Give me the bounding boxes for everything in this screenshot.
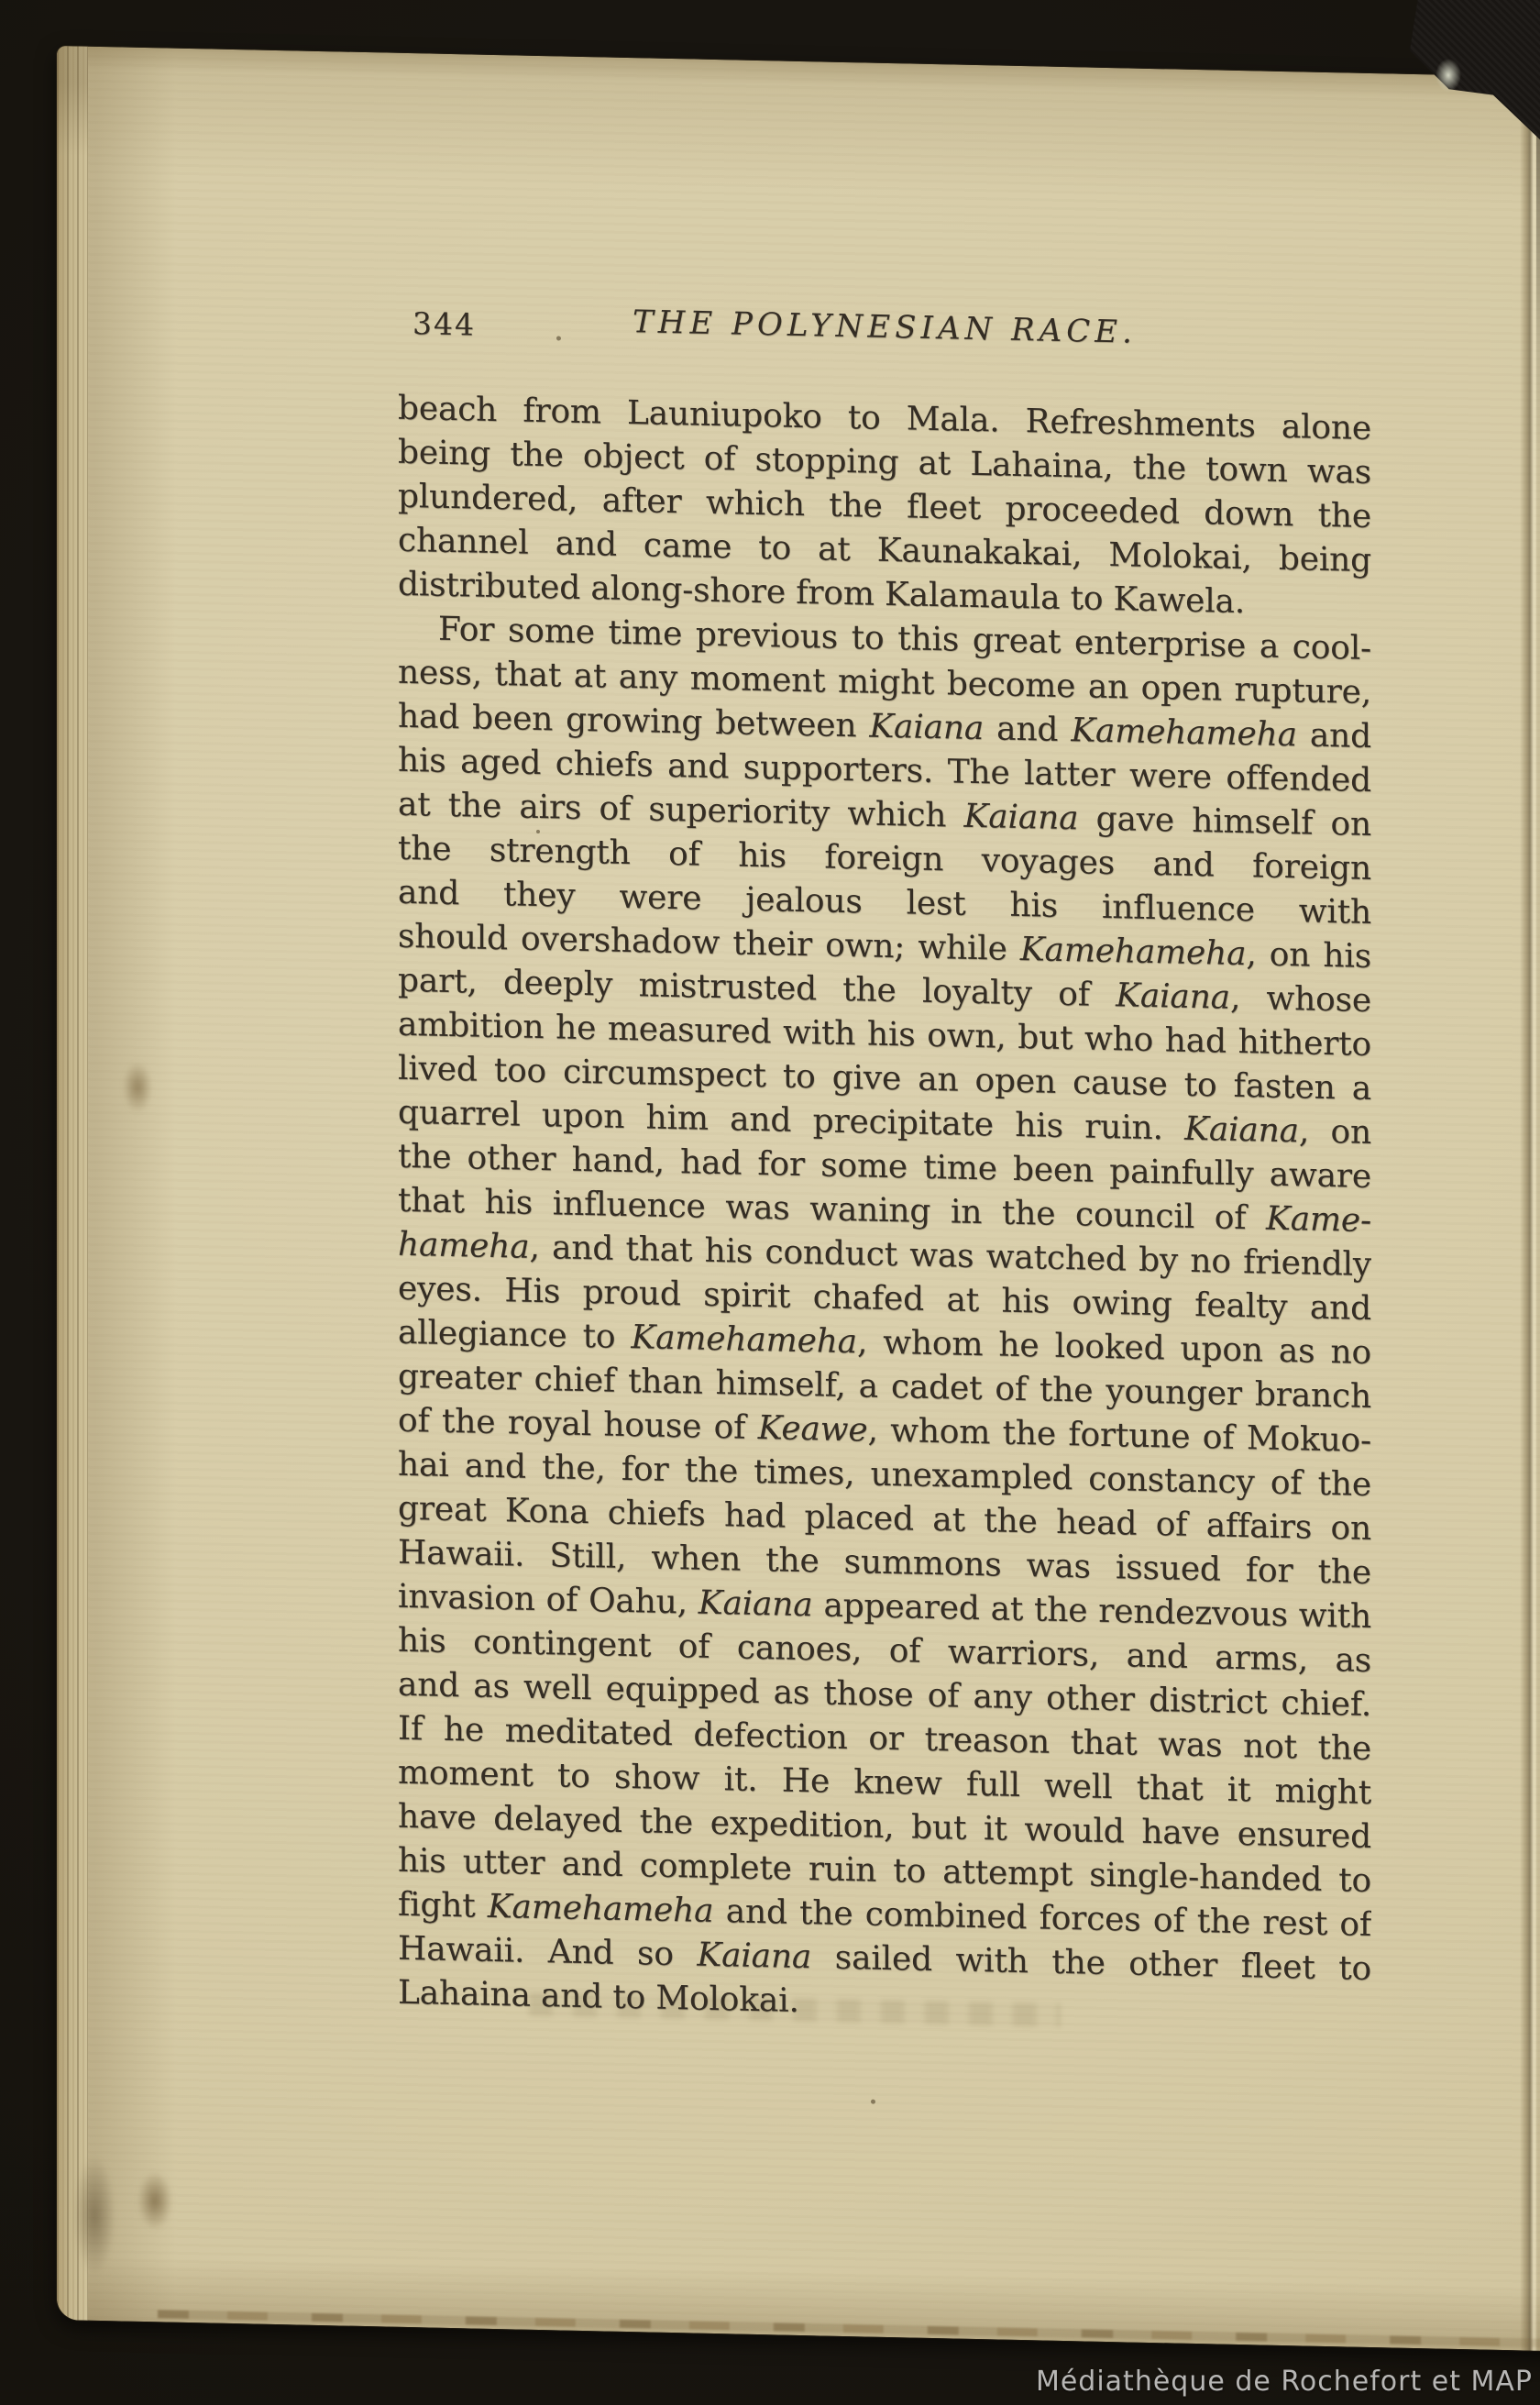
foxing-stain [137,2171,172,2231]
scan-background: 344 THE POLYNESIAN RACE. beach from Laun… [0,0,1540,2405]
book-page: 344 THE POLYNESIAN RACE. beach from Laun… [57,46,1540,2352]
watermark: Médiathèque de Rochefort et MAP [1036,2366,1533,2398]
gutter-crease [1520,76,1538,2350]
bottom-edge-stain [158,2310,1540,2348]
body-text: beach from Launiupoko to Mala. Refreshme… [398,387,1371,2035]
running-title: THE POLYNESIAN RACE. [398,299,1371,356]
paper-chip-spot [1435,59,1461,92]
paper-speck [871,2100,875,2104]
page-edge-stack [57,46,88,2321]
page-content: 344 THE POLYNESIAN RACE. beach from Laun… [398,53,1371,73]
gutter-shadow [1536,77,1540,2352]
running-header: 344 THE POLYNESIAN RACE. [398,299,1371,367]
corner-stain [73,2155,115,2275]
foxing-stain [123,1062,152,1114]
